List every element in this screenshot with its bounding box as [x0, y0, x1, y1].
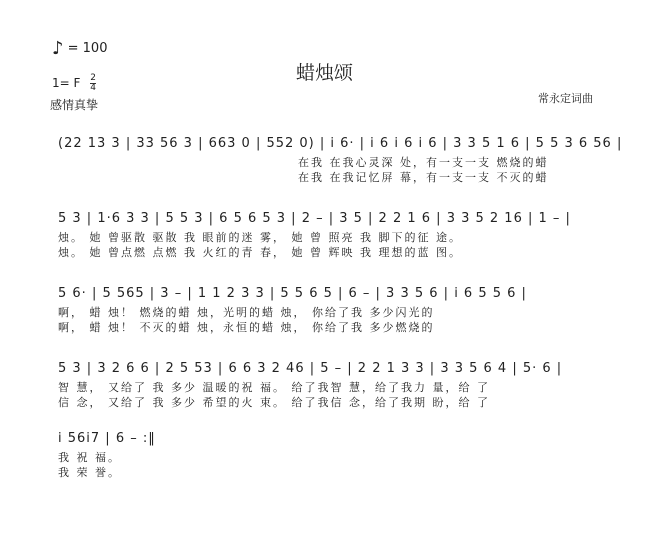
lyrics-verse-1: 在我 在我心灵深 处，有一支一支 燃烧的蜡	[298, 154, 622, 169]
lyrics-verse-2: 在我 在我记忆屏 幕，有一支一支 不灭的蜡	[298, 169, 622, 184]
time-signature-bottom: 4	[90, 84, 96, 93]
staff-line-5: i 56i7 | 6 – :‖ 我 祝 福。 我 荣 誉。	[58, 431, 156, 479]
eighth-note-icon: ♪	[52, 38, 64, 59]
lyrics-verse-2: 我 荣 誉。	[58, 464, 156, 479]
tempo-marking: ♪ = 100	[52, 38, 107, 59]
notation-row: 5 6· | 5 565 | 3 – | 1 1 2 3 3 | 5 5 6 5…	[58, 286, 527, 304]
lyrics-verse-1: 智 慧， 又给了 我 多少 温暖的祝 福。 给了我智 慧，给了我力 量，给 了	[58, 379, 562, 394]
lyrics-verse-2: 信 念， 又给了 我 多少 希望的火 束。 给了我信 念，给了我期 盼，给 了	[58, 394, 562, 409]
staff-line-4: 5 3 | 3 2 6 6 | 2 5 53 | 6 6 3 2 46 | 5 …	[58, 361, 562, 409]
staff-line-3: 5 6· | 5 565 | 3 – | 1 1 2 3 3 | 5 5 6 5…	[58, 286, 527, 334]
tempo-value: = 100	[68, 41, 108, 56]
lyrics-verse-1: 烛。 她 曾驱散 驱散 我 眼前的迷 雾， 她 曾 照亮 我 脚下的征 途。	[58, 229, 571, 244]
staff-line-2: 5 3 | 1·6 3 3 | 5 5 3 | 6 5 6 5 3 | 2 – …	[58, 211, 571, 259]
lyrics-verse-1: 啊， 蜡 烛！ 燃烧的蜡 烛，光明的蜡 烛， 你给了我 多少闪光的	[58, 304, 527, 319]
lyrics-verse-2: 烛。 她 曾点燃 点燃 我 火红的青 春， 她 曾 辉映 我 理想的蓝 图。	[58, 244, 571, 259]
composer-credit: 常永定词曲	[538, 90, 593, 106]
song-title: 蜡烛颂	[296, 58, 353, 85]
notation-row: i 56i7 | 6 – :‖	[58, 431, 156, 449]
time-signature: 2 4	[90, 74, 96, 93]
key-signature: 1= F 2 4	[52, 74, 96, 93]
notation-row: 5 3 | 1·6 3 3 | 5 5 3 | 6 5 6 5 3 | 2 – …	[58, 211, 571, 229]
notation-row: (22 13 3 | 33 56 3 | 663 0 | 552 0) | i …	[58, 136, 622, 154]
notation-row: 5 3 | 3 2 6 6 | 2 5 53 | 6 6 3 2 46 | 5 …	[58, 361, 562, 379]
lyrics-verse-2: 啊， 蜡 烛！ 不灭的蜡 烛，永恒的蜡 烛， 你给了我 多少燃烧的	[58, 319, 527, 334]
key-label: 1= F	[52, 76, 80, 90]
lyrics-verse-1: 我 祝 福。	[58, 449, 156, 464]
staff-line-1: (22 13 3 | 33 56 3 | 663 0 | 552 0) | i …	[58, 136, 622, 184]
mood-marking: 感情真挚	[50, 96, 98, 113]
